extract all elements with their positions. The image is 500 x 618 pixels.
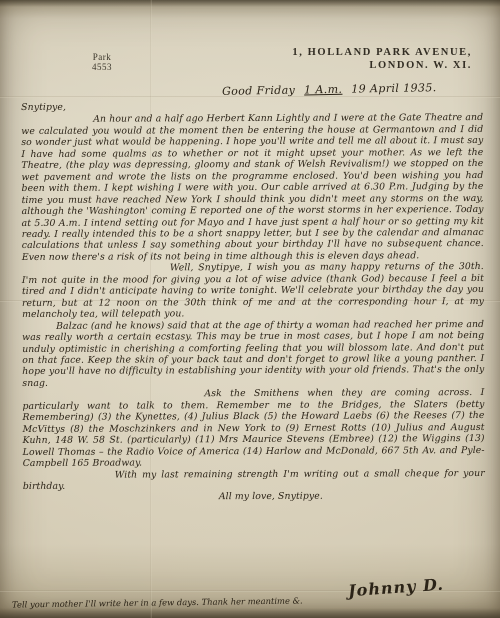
paragraph: With my last remaining strength I'm writ… bbox=[23, 467, 485, 492]
scan-top-edge-shadow bbox=[0, 0, 500, 7]
date-date: 19 April 1935. bbox=[351, 81, 437, 95]
date-day: Good Friday bbox=[222, 84, 295, 98]
phone-number: 4553 bbox=[72, 62, 132, 72]
salutation: Snytipye, bbox=[21, 100, 483, 113]
address-line-2: LONDON. W. XI. bbox=[292, 59, 472, 72]
address-line-1: 1, HOLLAND PARK AVENUE, bbox=[292, 46, 472, 59]
paragraph: Ask the Smithens when they are coming ac… bbox=[22, 387, 484, 469]
phone-exchange: Park bbox=[72, 52, 132, 62]
letterhead-address: 1, HOLLAND PARK AVENUE, LONDON. W. XI. bbox=[292, 46, 472, 72]
letterhead-phone: Park 4553 bbox=[72, 52, 132, 72]
paragraph: Balzac (and he knows) said that at the a… bbox=[22, 319, 484, 390]
letter-body: Snytipye, An hour and a half ago Herbert… bbox=[21, 100, 485, 504]
letter-scan: Park 4553 1, HOLLAND PARK AVENUE, LONDON… bbox=[0, 0, 500, 618]
closing: All my love, Snytipye. bbox=[23, 490, 485, 503]
paragraph: An hour and a half ago Herbert Kann Ligh… bbox=[21, 112, 484, 263]
scan-bottom-edge-shadow bbox=[0, 608, 500, 618]
date-time: 1 A.m. bbox=[304, 83, 342, 97]
paragraph: Well, Snytipye, I wish you as many happy… bbox=[22, 261, 484, 320]
